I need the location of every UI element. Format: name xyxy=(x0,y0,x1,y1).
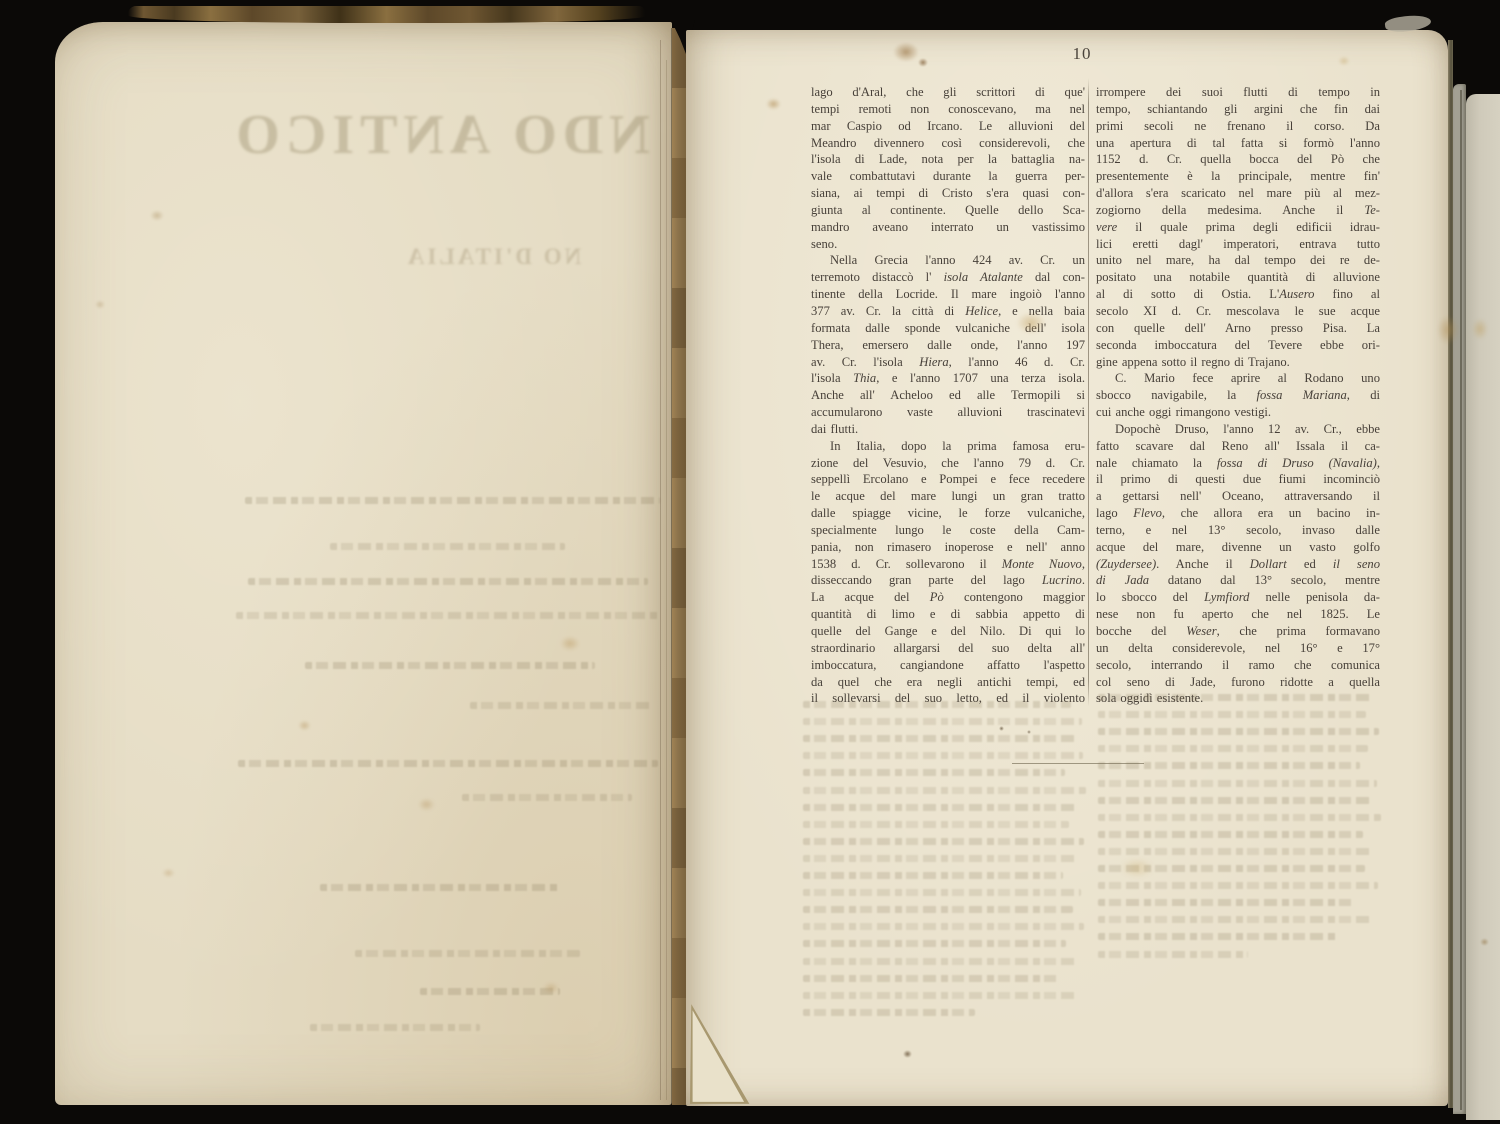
bleedthrough-line xyxy=(803,975,1059,982)
bleedthrough-line xyxy=(803,787,1086,794)
stain xyxy=(999,726,1004,731)
stain xyxy=(298,720,311,731)
text-line: 1538 d. Cr. sollevarono il Monte Nuovo, xyxy=(811,556,1085,573)
bleedthrough-line xyxy=(803,752,1083,759)
text-line: presentemente è la principale, mentre fi… xyxy=(1096,168,1380,185)
text-line: positato una notabile quantità di alluvi… xyxy=(1096,269,1380,286)
bleedthrough-line xyxy=(803,821,1069,828)
left-page xyxy=(55,22,672,1105)
text-line: disseccando gran parte del lago Lucrino. xyxy=(811,572,1085,589)
page-edge-stack-light xyxy=(1466,94,1500,1120)
gutter-crease xyxy=(666,60,667,1100)
text-line: straordinario allargarsi del suo delta a… xyxy=(811,640,1085,657)
text-line: di Jada datano dal 13° secolo, mentre xyxy=(1096,572,1380,589)
bleedthrough-line xyxy=(1098,814,1381,821)
bleedthrough-line xyxy=(803,1009,975,1016)
gutter-crease xyxy=(660,40,661,1100)
stain xyxy=(1016,312,1046,334)
text-line: terno, e nel 13° secolo, invaso dalle xyxy=(1096,522,1380,539)
bleedthrough-line xyxy=(803,992,1075,999)
bleedthrough-line xyxy=(803,718,1082,725)
bleedthrough-line xyxy=(1098,899,1356,906)
text-line: tinente della Locride. Il mare ingoiò l'… xyxy=(811,286,1085,303)
stain xyxy=(543,982,559,994)
bleedthrough-line xyxy=(1098,916,1370,923)
text-line: Anche all' Acheloo ed alle Termopili si xyxy=(811,387,1085,404)
bleedthrough-line xyxy=(803,855,1076,862)
bleedthrough-line xyxy=(803,838,1084,845)
bleedthrough-line xyxy=(462,794,632,801)
bleedthrough-line xyxy=(1098,797,1370,804)
text-line: tempi remoti non conoscevano, ma nel xyxy=(811,101,1085,118)
text-line: specialmente lungo le coste della Cam- xyxy=(811,522,1085,539)
text-line: vale combattutavi durante la guerra per- xyxy=(811,168,1085,185)
text-line: lici eretti dagl' imperatori, entrava tu… xyxy=(1096,236,1380,253)
text-line: d'allora s'era scaricato nel mare più al… xyxy=(1096,185,1380,202)
bleedthrough-line xyxy=(355,950,580,957)
text-line: quelle del Gange e del Nilo. Di qui lo xyxy=(811,623,1085,640)
bleedthrough-line xyxy=(245,497,660,504)
text-line: lo sbocco del Lymfiord nelle penisola da… xyxy=(1096,589,1380,606)
bleedthrough-line xyxy=(803,735,1075,742)
stain xyxy=(150,210,164,221)
text-line: av. Cr. l'isola Hiera, l'anno 46 d. Cr. xyxy=(811,354,1085,371)
text-line: primi secoli ne frenano il corso. Da xyxy=(1096,118,1380,135)
text-line: secolo, interrando il ramo che comunica xyxy=(1096,657,1380,674)
text-line: gine appena sotto il regno di Trajano. xyxy=(1096,354,1380,371)
bleedthrough-line xyxy=(470,702,650,709)
stain xyxy=(560,636,580,651)
bleedthrough-line xyxy=(305,662,595,669)
text-line: siana, ai tempi di Cristo s'era quasi co… xyxy=(811,185,1085,202)
text-line: seconda imboccatura del Tevere ebbe ori- xyxy=(1096,337,1380,354)
text-line: In Italia, dopo la prima famosa eru- xyxy=(811,438,1085,455)
bleedthrough-line xyxy=(803,940,1066,947)
bleedthrough-line xyxy=(1098,933,1338,940)
bleedthrough-line xyxy=(1098,831,1363,838)
bleedthrough-line xyxy=(803,906,1073,913)
bleedthrough-line xyxy=(803,804,1077,811)
text-line: Nella Grecia l'anno 424 av. Cr. un xyxy=(811,252,1085,269)
bleedthrough-line xyxy=(330,543,565,550)
text-line: con quelle dell' Arno presso Pisa. La xyxy=(1096,320,1380,337)
text-line: le acque del mare lungi un gran tratto xyxy=(811,488,1085,505)
text-line: C. Mario fece aprire al Rodano uno xyxy=(1096,370,1380,387)
stain xyxy=(766,98,781,110)
text-line: col seno di Jade, furono ridotte a quell… xyxy=(1096,674,1380,691)
bleedthrough-line xyxy=(1098,762,1360,769)
text-line: giunta al continente. Quelle dello Sca- xyxy=(811,202,1085,219)
text-line: l'isola di Lade, nota per la battaglia n… xyxy=(811,151,1085,168)
text-line: irrompere dei suoi flutti di tempo in xyxy=(1096,84,1380,101)
text-line: cui anche oggi rimangono vestigi. xyxy=(1096,404,1380,421)
text-line: seppellì Ercolano e Pompei e fece recede… xyxy=(811,471,1085,488)
page-edge-stack-line xyxy=(1460,90,1462,1110)
text-line: accumularono vaste alluvioni trascinatev… xyxy=(811,404,1085,421)
text-line: una apertura di tal fatta si formò l'ann… xyxy=(1096,135,1380,152)
bleedthrough-subtitle: NO D'ITALIA xyxy=(368,244,618,270)
stain xyxy=(893,42,919,62)
text-line: lago d'Aral, che gli scrittori di que' xyxy=(811,84,1085,101)
text-line: dai flutti. xyxy=(811,421,1085,438)
text-line: pania, non rimasero inoperose e nell' an… xyxy=(811,539,1085,556)
book-scan: { "document": { "page_number": "10", "co… xyxy=(0,0,1500,1124)
text-line: Dopochè Druso, l'anno 12 av. Cr., ebbe xyxy=(1096,421,1380,438)
text-line: Meandro divennero così considerevoli, ch… xyxy=(811,135,1085,152)
bleedthrough-line xyxy=(248,578,648,585)
stain xyxy=(1437,315,1459,345)
bleedthrough-line xyxy=(803,769,1065,776)
bleedthrough-line xyxy=(1098,882,1378,889)
bleedthrough-line xyxy=(803,889,1081,896)
text-line: nese non fu aperto che nel 1825. Le xyxy=(1096,606,1380,623)
stain xyxy=(1338,56,1350,66)
stain xyxy=(418,798,435,811)
stain xyxy=(162,868,175,878)
bleedthrough-line xyxy=(420,988,560,995)
text-line: quantità di limo e di sabbia appetto di xyxy=(811,606,1085,623)
text-line: tempo, schiantando gli argini che fin da… xyxy=(1096,101,1380,118)
text-line: vere il quale prima degli edificii idrau… xyxy=(1096,219,1380,236)
bleedthrough-line xyxy=(803,923,1084,930)
bleedthrough-line xyxy=(1098,745,1368,752)
text-line: a gettarsi nell' Oceano, attraversando i… xyxy=(1096,488,1380,505)
text-line: bocche del Weser, che prima formavano xyxy=(1096,623,1380,640)
bleedthrough-line xyxy=(1098,728,1379,735)
column-divider-rule xyxy=(1088,78,1089,706)
stain xyxy=(918,58,928,67)
text-line: zione del Vesuvio, che l'anno 79 d. Cr. xyxy=(811,455,1085,472)
text-line: nale chiamato la fossa di Druso (Navalia… xyxy=(1096,455,1380,472)
text-column-left: lago d'Aral, che gli scrittori di que'te… xyxy=(811,84,1085,707)
text-line: il primo di questi due fiumi incominciò xyxy=(1096,471,1380,488)
deteriorated-top-edge xyxy=(128,6,645,23)
bleedthrough-title: NDO ANTICO xyxy=(225,103,655,167)
text-line: zogiorno della medesima. Anche il Te- xyxy=(1096,202,1380,219)
binding-strip xyxy=(672,28,686,1105)
text-line: sbocco navigabile, la fossa Mariana, di xyxy=(1096,387,1380,404)
text-line: La acque del Pò contengono maggior xyxy=(811,589,1085,606)
text-line: unito nel mare, ha dal tempo dei re de- xyxy=(1096,252,1380,269)
text-line: imboccatura, cangiandone affatto l'aspet… xyxy=(811,657,1085,674)
bleedthrough-line xyxy=(803,701,1071,708)
text-line: al di sotto di Ostia. L'Ausero fino al xyxy=(1096,286,1380,303)
bleedthrough-line xyxy=(803,958,1079,965)
text-line: acque del mare, divenne un vasto golfo xyxy=(1096,539,1380,556)
text-line: da quel che era negli antichi tempi, ed xyxy=(811,674,1085,691)
stain xyxy=(95,300,105,309)
bleedthrough-line xyxy=(1098,694,1373,701)
bleedthrough-line xyxy=(1098,711,1366,718)
text-line: mandro aveano interrato un vastissimo xyxy=(811,219,1085,236)
text-line: (Zuydersee). Anche il Dollart ed il seno xyxy=(1096,556,1380,573)
bleedthrough-line xyxy=(238,760,658,767)
text-line: lago Flevo, che allora era un bacino in- xyxy=(1096,505,1380,522)
stain xyxy=(1472,318,1488,340)
text-line: un delta considerevole, nel 16° e 17° xyxy=(1096,640,1380,657)
text-line: 1152 d. Cr. quella bocca del Pò che xyxy=(1096,151,1380,168)
stain xyxy=(903,1050,912,1058)
bleedthrough-line xyxy=(310,1024,480,1031)
stain xyxy=(1027,730,1031,734)
text-line: seno. xyxy=(811,236,1085,253)
text-column-right: irrompere dei suoi flutti di tempo intem… xyxy=(1096,84,1380,707)
bleedthrough-line xyxy=(236,612,660,619)
text-line: mar Caspio od Ircano. Le alluvioni del xyxy=(811,118,1085,135)
bleedthrough-line xyxy=(1098,780,1377,787)
bleedthrough-line xyxy=(1098,951,1248,958)
bleedthrough-line xyxy=(803,872,1063,879)
stain xyxy=(1480,938,1489,946)
text-line: terremoto distaccò l' isola Atalante dal… xyxy=(811,269,1085,286)
text-line: secolo XI d. Cr. mescolava le sue acque xyxy=(1096,303,1380,320)
text-line: dalle spiagge vicine, le forze vulcanich… xyxy=(811,505,1085,522)
bleedthrough-line xyxy=(320,884,560,891)
bleedthrough-line xyxy=(1098,848,1372,855)
stain xyxy=(1120,858,1154,878)
text-line: l'isola Thia, e l'anno 1707 una terza is… xyxy=(811,370,1085,387)
text-line: fatto scavare dal Reno all' Issala il ca… xyxy=(1096,438,1380,455)
text-line: Thera, emersero dalle onde, l'anno 197 xyxy=(811,337,1085,354)
page-number: 10 xyxy=(1062,44,1102,64)
